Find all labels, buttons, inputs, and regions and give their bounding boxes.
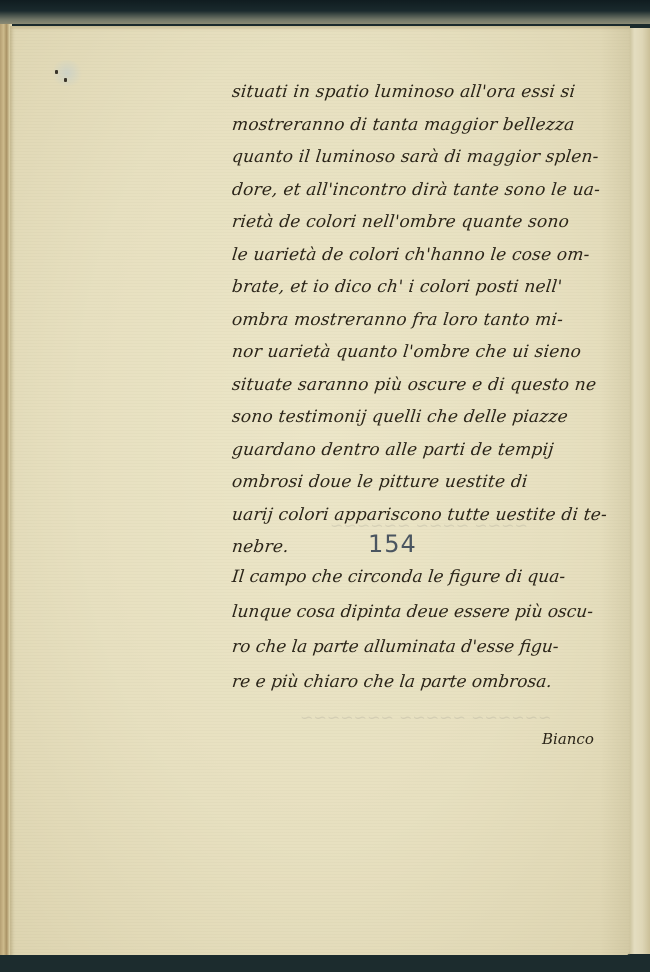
text-line: nor uarietà quanto l'ombre che ui sieno [230,336,633,369]
text-line: re e più chiaro che la parte ombrosa. [230,665,634,700]
text-line: nebre. [230,531,633,564]
section-number: 154 [368,530,417,558]
text-line: situati in spatio luminoso all'ora essi … [230,76,633,109]
bleed-through-text: ~~~~~~ ~~~~~ ~~~~~~~ [300,708,551,727]
text-line: dore, et all'incontro dirà tante sono le… [230,174,633,207]
text-line: Il campo che circonda le figure di qua- [230,560,634,595]
ink-speck [55,70,58,74]
text-line: guardano dentro alle parti de tempij [230,434,633,467]
text-line: ro che la parte alluminata d'esse figu- [230,630,634,665]
text-line: rietà de colori nell'ombre quante sono [230,206,633,239]
text-line: lunque cosa dipinta deue essere più oscu… [230,595,634,630]
text-line: brate, et io dico ch' i colori posti nel… [230,271,633,304]
scanner-background-top [0,0,650,24]
text-line: quanto il luminoso sarà di maggior splen… [230,141,633,174]
text-line: le uarietà de colori ch'hanno le cose om… [230,239,633,272]
catchword: Bianco [542,730,594,748]
paragraph-1: situati in spatio luminoso all'ora essi … [232,76,632,564]
paragraph-2: Il campo che circonda le figure di qua- … [232,560,632,700]
text-line: situate saranno più oscure e di questo n… [230,369,633,402]
text-line: mostreranno di tanta maggior bellezza [230,109,633,142]
text-line: ombrosi doue le pitture uestite di [230,466,633,499]
ink-speck [64,78,67,82]
text-line: ombra mostreranno fra loro tanto mi- [230,304,633,337]
text-line: uarij colori appariscono tutte uestite d… [230,499,633,532]
scanner-background-bottom [0,955,650,972]
text-line: sono testimonij quelli che delle piazze [230,401,633,434]
